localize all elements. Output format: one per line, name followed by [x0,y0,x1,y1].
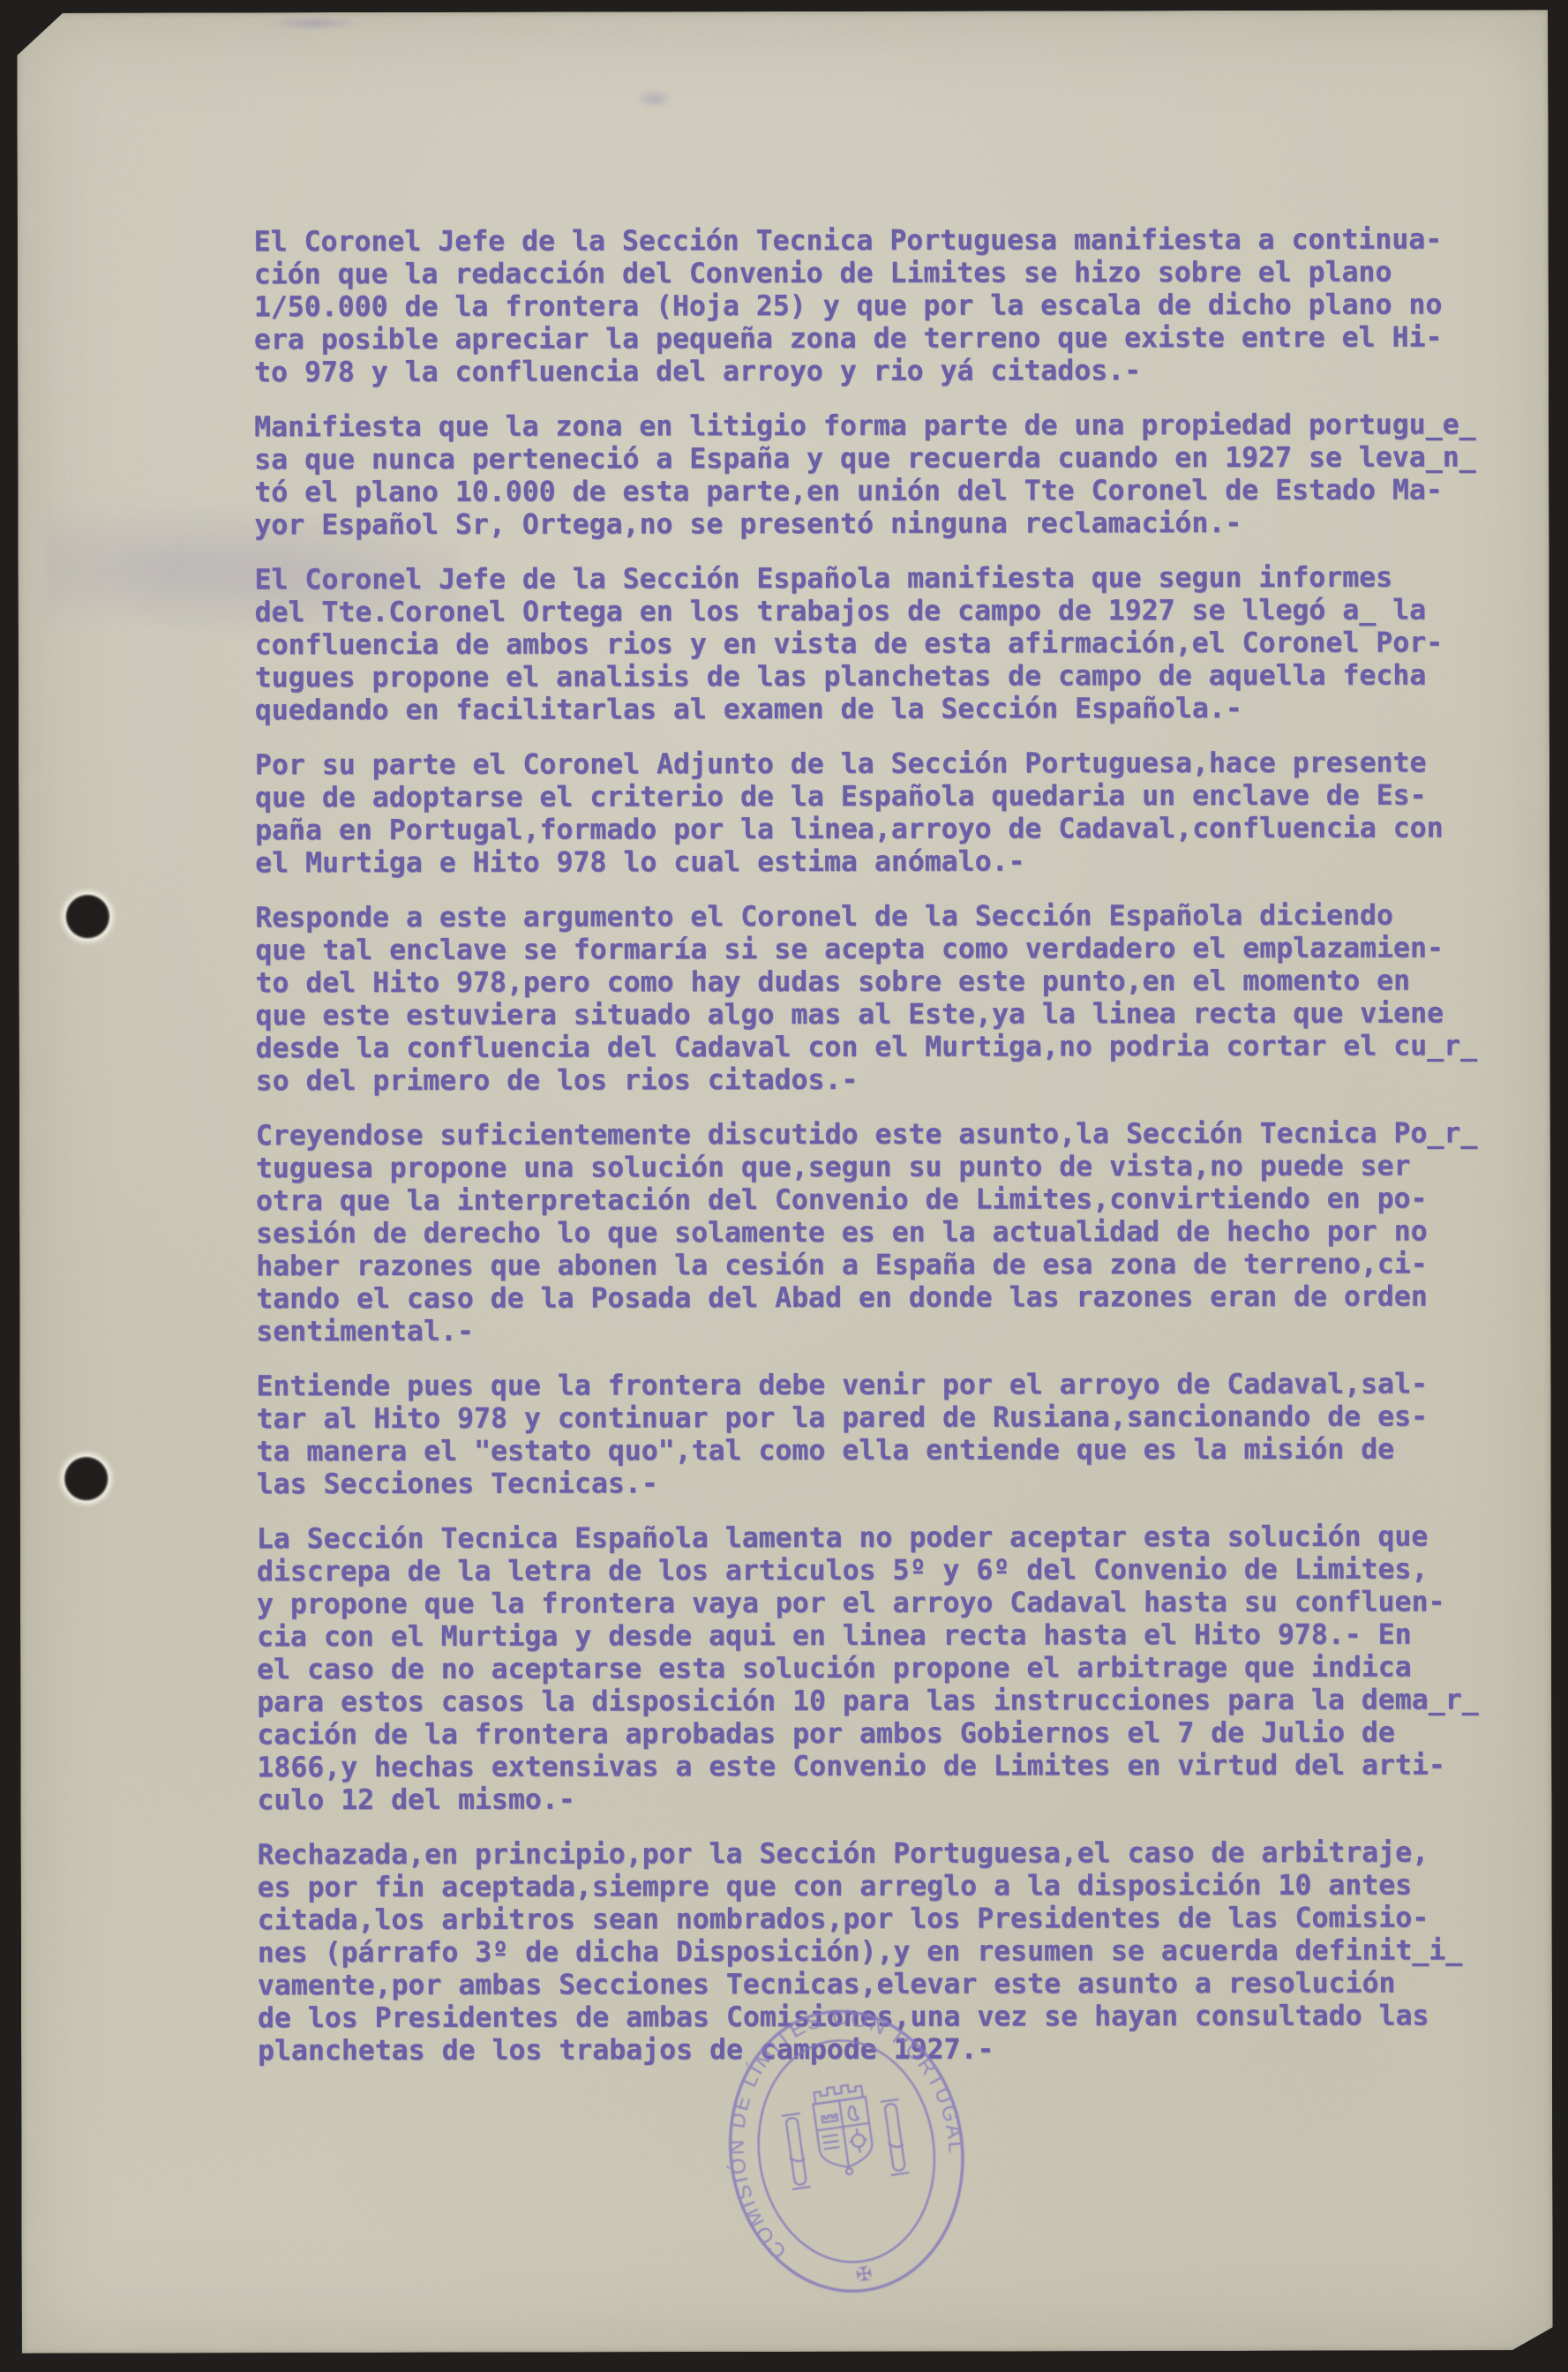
typed-line: ta manera el "estato quo",tal como ella … [257,1433,1519,1468]
ink-speck [634,89,673,109]
typed-line: el caso de no aceptarse esta solución pr… [257,1651,1519,1686]
coat-of-arms-icon [779,2078,910,2189]
typed-line: haber razones que abonen la cesión a Esp… [256,1248,1518,1283]
punch-hole [56,1449,116,1509]
typed-paragraph: Por su parte el Coronel Adjunto de la Se… [255,747,1517,880]
typed-line: quedando en facilitarlas al examen de la… [255,692,1517,727]
typed-paragraph: Entiende pues que la frontera debe venir… [256,1368,1518,1501]
typed-line: desde la confluencia del Cadaval con el … [256,1030,1518,1065]
punch-hole [57,887,117,947]
typed-paragraph: Manifiesta que la zona en litigio forma … [254,409,1516,542]
typed-line: que este estuviera situado algo mas al E… [256,997,1518,1032]
typed-line: el Murtiga e Hito 978 lo cual estima anó… [255,844,1517,880]
typed-paragraph: El Coronel Jefe de la Sección Tecnica Po… [254,223,1516,389]
typed-line: paña en Portugal,formado por la linea,ar… [255,812,1517,847]
typed-line: to 978 y la confluencia del arroyo y rio… [254,354,1516,389]
typed-line: tar al Hito 978 y continuar por la pared… [257,1400,1519,1436]
typed-line: cación de la frontera aprobadas por ambo… [257,1716,1519,1752]
typed-line: que de adoptarse el criterio de la Españ… [255,779,1517,814]
typed-line: 1866,y hechas extensivas a este Convenio… [257,1749,1519,1784]
typed-line: Creyendose suficientemente discutido est… [256,1117,1518,1152]
typed-paragraph: El Coronel Jefe de la Sección Española m… [255,561,1517,727]
typed-line: nes (párrafo 3º de dicha Disposición),y … [258,1934,1519,1970]
typed-line: del Tte.Coronel Ortega en los trabajos d… [255,594,1517,629]
typed-paragraph: La Sección Tecnica Española lamenta no p… [257,1520,1519,1817]
ink-speck [266,16,363,30]
document-page: El Coronel Jefe de la Sección Tecnica Po… [17,10,1553,2353]
scan-background: El Coronel Jefe de la Sección Tecnica Po… [0,0,1568,2372]
typed-line: tando el caso de la Posada del Abad en d… [256,1280,1518,1316]
document-text: El Coronel Jefe de la Sección Tecnica Po… [254,223,1519,2090]
typed-line: tuguesa propone una solución que,segun s… [256,1150,1518,1185]
stamp-ring-text: COMISIÓN DE LÍMITES CON PORTUGAL [714,1993,979,2269]
typed-line: discrepa de la letra de los articulos 5º… [257,1553,1519,1588]
typed-line: La Sección Tecnica Española lamenta no p… [257,1520,1519,1556]
typed-line: culo 12 del mismo.- [257,1782,1519,1817]
typed-line: to del Hito 978,pero como hay dudas sobr… [255,965,1517,1000]
typed-line: ción que la redacción del Convenio de Li… [254,256,1516,291]
typed-line: era posible apreciar la pequeña zona de … [254,321,1516,357]
typed-line: Responde a este argumento el Coronel de … [255,899,1517,935]
official-stamp: COMISIÓN DE LÍMITES CON PORTUGAL ✠ [714,1993,979,2311]
typed-line: Rechazada,en principio,por la Sección Po… [258,1836,1519,1872]
typed-line: El Coronel Jefe de la Sección Española m… [255,561,1517,597]
stamp-cross-mark: ✠ [854,2263,874,2286]
typed-line: sa que nunca perteneció a España y que r… [254,441,1516,477]
typed-line: otra que la interpretación del Convenio … [256,1182,1518,1218]
typed-line: sesión de derecho lo que solamente es en… [256,1215,1518,1250]
typed-paragraph: Creyendose suficientemente discutido est… [256,1117,1519,1348]
typed-line: las Secciones Tecnicas.- [257,1466,1519,1501]
typed-paragraph: Responde a este argumento el Coronel de … [255,899,1517,1098]
typed-line: es por fin aceptada,siempre que con arre… [258,1869,1519,1904]
typed-line: El Coronel Jefe de la Sección Tecnica Po… [254,223,1516,259]
typed-line: sentimental.- [256,1313,1518,1348]
typed-line: so del primero de los rios citados.- [256,1062,1518,1098]
typed-line: Entiende pues que la frontera debe venir… [256,1368,1518,1403]
typed-line: Manifiesta que la zona en litigio forma … [254,409,1516,444]
typed-line: para estos casos la disposición 10 para … [257,1684,1519,1719]
typed-line: tugues propone el analisis de las planch… [255,659,1517,694]
typed-line: confluencia de ambos rios y en vista de … [255,627,1517,662]
typed-line: que tal enclave se formaría si se acepta… [255,932,1517,967]
typed-line: cia con el Murtiga y desde aqui en linea… [257,1618,1519,1654]
typed-line: Por su parte el Coronel Adjunto de la Se… [255,747,1517,782]
typed-line: yor Español Sr, Ortega,no se presentó ni… [254,507,1516,542]
typed-line: y propone que la frontera vaya por el ar… [257,1586,1519,1621]
typed-line: tó el plano 10.000 de esta parte,en unió… [254,474,1516,509]
typed-line: citada,los arbitros sean nombrados,por l… [258,1902,1519,1937]
typed-line: 1/50.000 de la frontera (Hoja 25) y que … [254,289,1516,324]
